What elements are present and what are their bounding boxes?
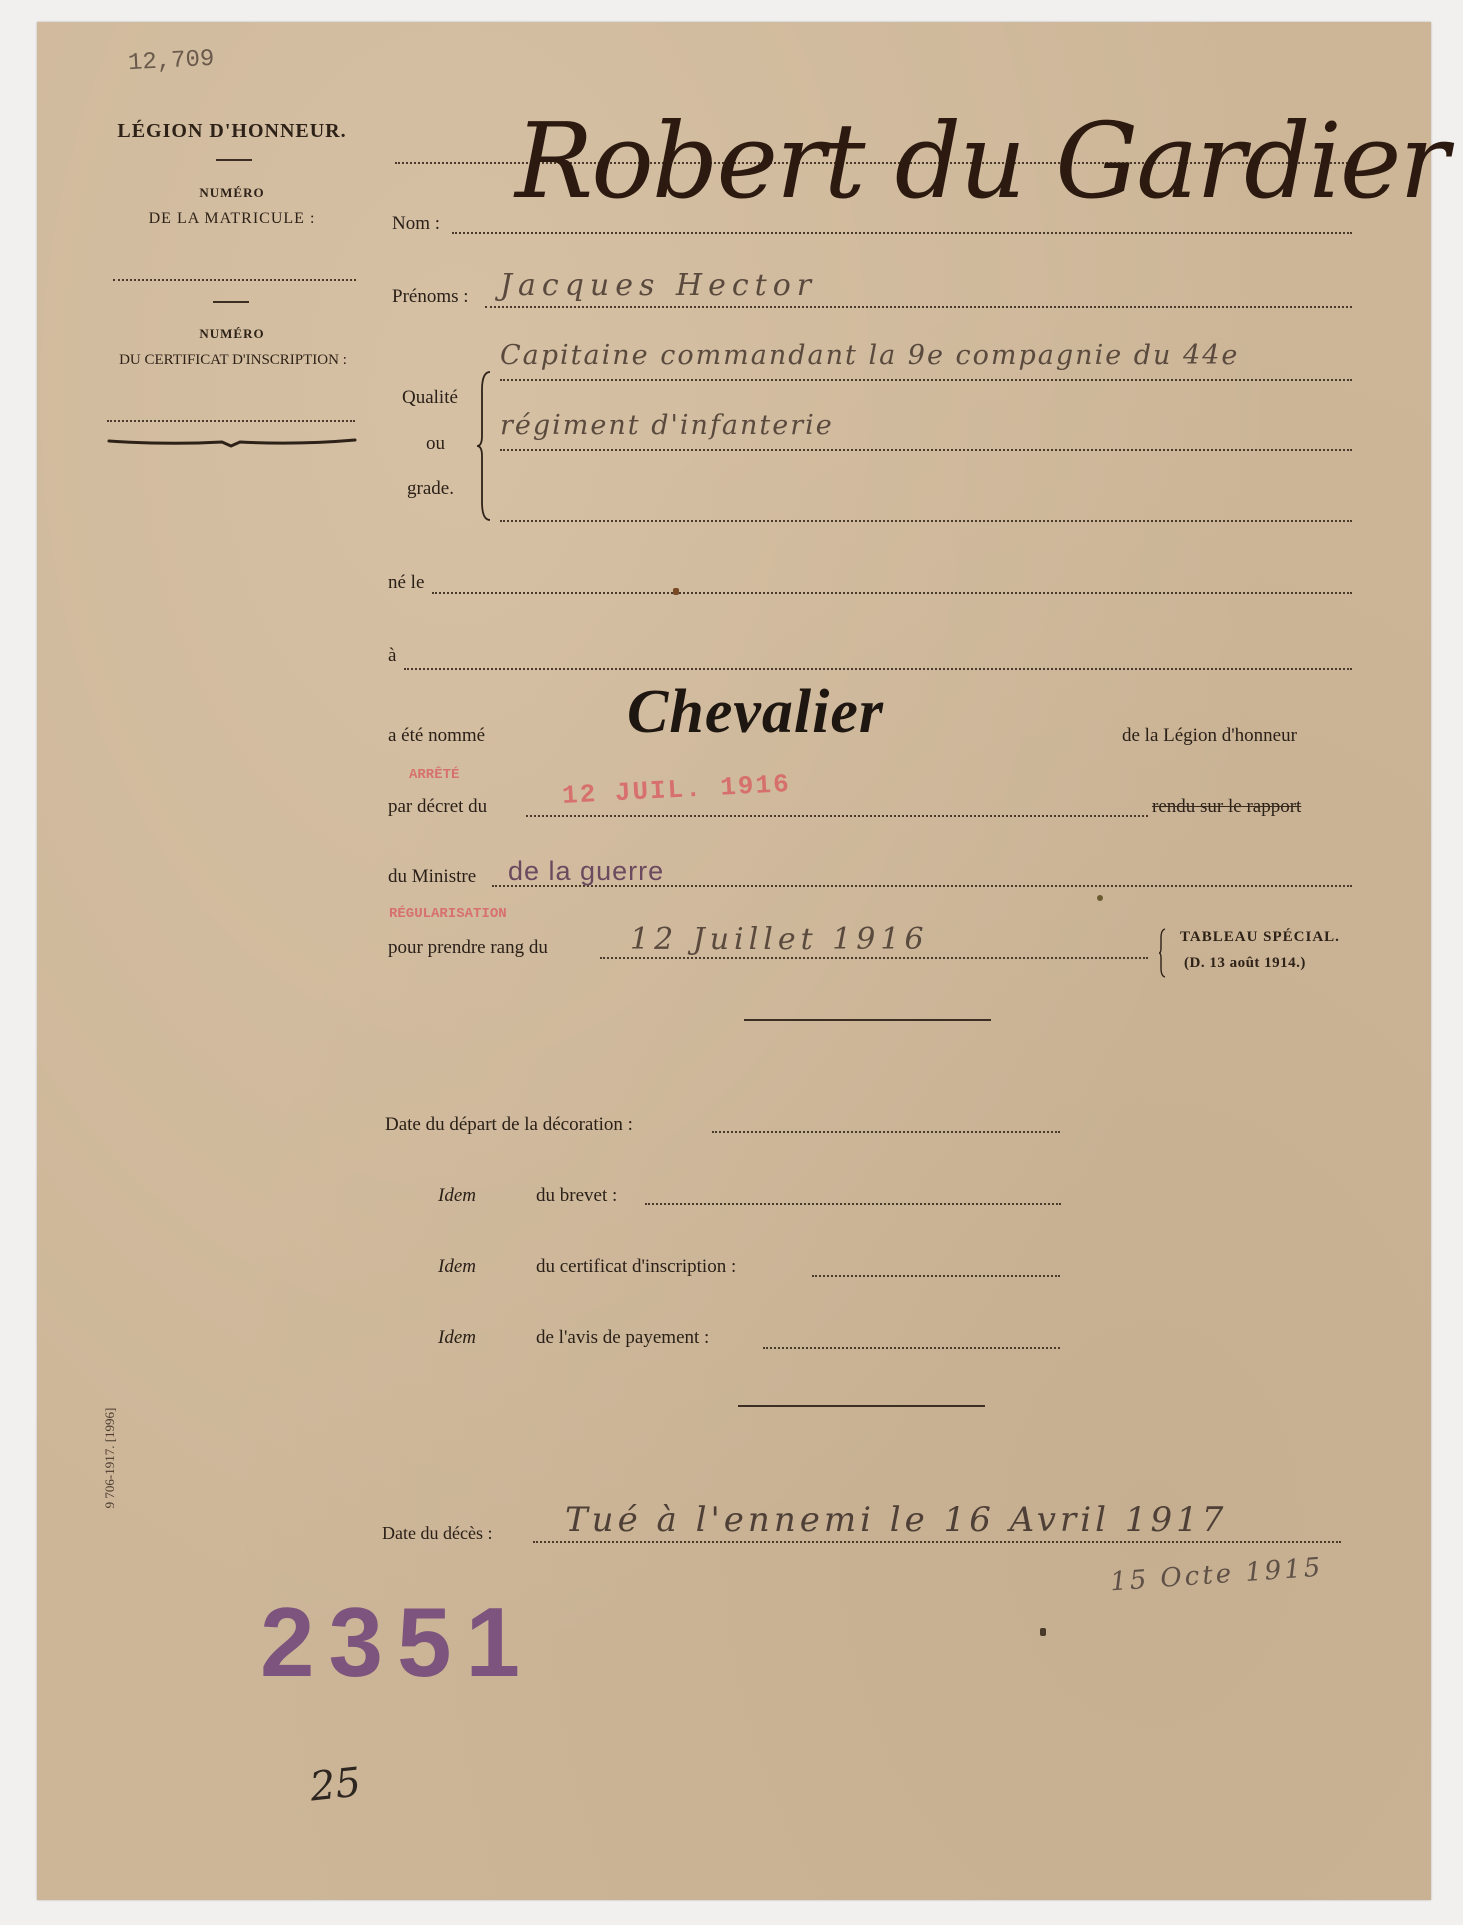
ornamental-divider: [107, 436, 357, 448]
brevet-label: du brevet :: [536, 1185, 617, 1207]
qualite-label-line1: Qualité: [402, 387, 458, 409]
tableau-note-line1: TABLEAU SPÉCIAL.: [1180, 929, 1340, 946]
regularisation-stamp: RÉGULARISATION: [389, 906, 507, 922]
matricule-field[interactable]: [113, 279, 356, 281]
matricule-divider: [213, 301, 249, 303]
qualite-value-line1[interactable]: Capitaine commandant la 9e compagnie du …: [500, 340, 1239, 371]
header-title: LÉGION D'HONNEUR.: [112, 120, 352, 143]
payement-prefix: Idem: [438, 1327, 476, 1349]
certificat-prefix: Idem: [438, 1256, 476, 1278]
rang-label: pour prendre rang du: [388, 937, 548, 959]
printer-mark: 9 706-1917. [1996]: [102, 1368, 118, 1548]
nom-field-line: [452, 232, 1352, 234]
file-number-stamp: 2351: [260, 1586, 534, 1699]
ne-le-field[interactable]: [432, 592, 1352, 594]
nomination-prefix: a été nommé: [388, 725, 485, 747]
archive-number: 12,709: [127, 46, 215, 77]
decret-label: par décret du: [388, 796, 487, 818]
ministre-value[interactable]: de la guerre: [508, 856, 664, 887]
brevet-prefix: Idem: [438, 1185, 476, 1207]
nom-value[interactable]: Robert du Gardier: [515, 100, 1447, 222]
prenoms-label: Prénoms :: [392, 286, 469, 308]
payement-field[interactable]: [763, 1347, 1060, 1349]
decret-suffix: rendu sur le rapport: [1152, 796, 1301, 818]
certificate-label-line1: NUMÉRO: [112, 326, 352, 342]
nomination-rank: Chevalier: [627, 677, 884, 748]
rang-value[interactable]: 12 Juillet 1916: [630, 922, 929, 957]
a-label: à: [388, 645, 396, 667]
deces-field-line: [533, 1541, 1341, 1543]
qualite-label-line3: grade.: [407, 478, 454, 500]
ink-spot: [673, 588, 679, 595]
payement-label: de l'avis de payement :: [536, 1327, 709, 1349]
certificat-field[interactable]: [812, 1275, 1060, 1277]
nom-label: Nom :: [392, 213, 440, 235]
qualite-value-line2[interactable]: régiment d'infanterie: [500, 410, 834, 441]
deces-label: Date du décès :: [382, 1523, 492, 1544]
matricule-label-line2: DE LA MATRICULE :: [112, 210, 352, 228]
certificate-label-line2: DU CERTIFICAT D'INSCRIPTION :: [103, 352, 363, 369]
nomination-suffix: de la Légion d'honneur: [1122, 725, 1297, 747]
qualite-field-line2: [500, 449, 1352, 451]
section-divider-2: [738, 1405, 985, 1407]
matricule-label-line1: NUMÉRO: [112, 185, 352, 201]
qualite-field-line3: [500, 520, 1352, 522]
brevet-field[interactable]: [645, 1203, 1061, 1205]
arrete-stamp: ARRÊTÉ: [409, 767, 459, 783]
prenoms-value[interactable]: Jacques Hector: [500, 268, 817, 303]
decoration-label: Date du départ de la décoration :: [385, 1114, 633, 1136]
qualite-label-line2: ou: [426, 433, 445, 455]
prenoms-field-line: [485, 306, 1352, 308]
decret-field: [526, 815, 1148, 817]
decoration-field[interactable]: [712, 1131, 1060, 1133]
qualite-brace: [476, 370, 494, 522]
tableau-brace: [1158, 928, 1168, 978]
ne-le-label: né le: [388, 572, 424, 594]
tableau-note-line2: (D. 13 août 1914.): [1184, 955, 1306, 972]
ministre-label: du Ministre: [388, 866, 476, 888]
qualite-field-line1: [500, 379, 1352, 381]
a-field[interactable]: [404, 668, 1352, 670]
deces-value[interactable]: Tué à l'ennemi le 16 Avril 1917: [565, 1500, 1227, 1540]
ink-spot-3: [1040, 1628, 1046, 1636]
certificat-label: du certificat d'inscription :: [536, 1256, 736, 1278]
certificate-field[interactable]: [107, 420, 355, 422]
handwritten-number: 25: [308, 1759, 363, 1810]
section-divider-1: [744, 1019, 991, 1021]
ink-spot-2: [1097, 895, 1103, 901]
rang-field-line: [600, 957, 1148, 959]
header-divider: [216, 159, 252, 161]
